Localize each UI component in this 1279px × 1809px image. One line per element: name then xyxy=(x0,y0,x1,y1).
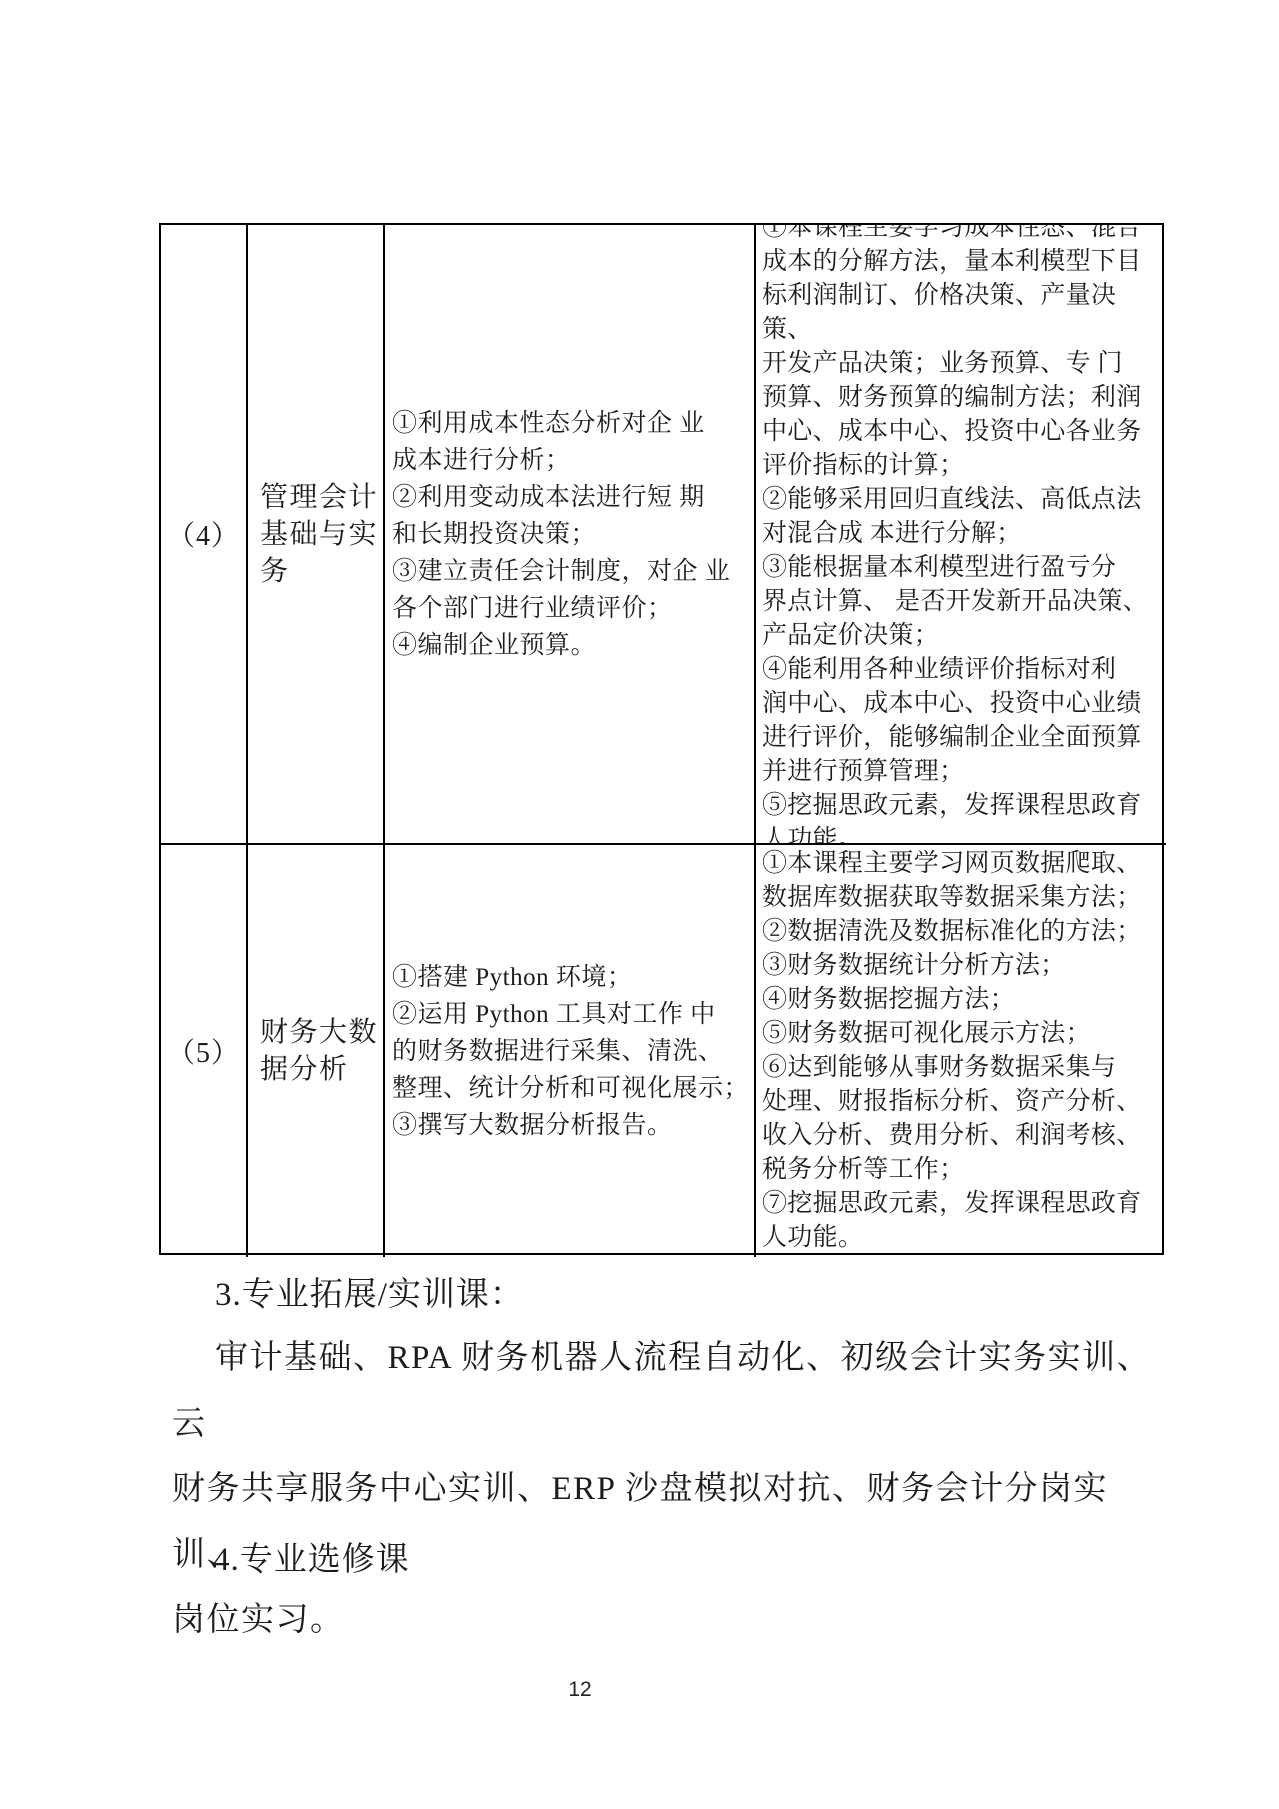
row5-description-text: ①本课程主要学习网页数据爬取、 数据库数据获取等数据采集方法； ②数据清洗及数据… xyxy=(762,847,1142,1255)
cell-row4-objectives: ①利用成本性态分析对企 业 成本进行分析； ②利用变动成本法进行短 期 和长期投… xyxy=(385,225,756,845)
row5-objectives-text: ①搭建 Python 环境； ②运用 Python 工具对工作 中 的财务数据进… xyxy=(392,959,749,1144)
section-3-paragraph: 审计基础、RPA 财务机器人流程自动化、初级会计实务实训、云 财务共享服务中心实… xyxy=(172,1326,1167,1654)
cell-row5-course-name: 财务大数 据分析 xyxy=(248,845,385,1257)
cell-row4-number: （4） xyxy=(161,225,248,845)
row4-objectives-text: ①利用成本性态分析对企 业 成本进行分析； ②利用变动成本法进行短 期 和长期投… xyxy=(392,405,730,664)
cell-row5-number: （5） xyxy=(161,845,248,1257)
page-number: 12 xyxy=(558,1678,602,1702)
section-heading-3: 3.专业拓展/实训课： xyxy=(215,1275,524,1315)
row5-number-text: （5） xyxy=(167,1031,240,1071)
cell-row5-description: ①本课程主要学习网页数据爬取、 数据库数据获取等数据采集方法； ②数据清洗及数据… xyxy=(756,845,1166,1257)
cell-row5-objectives: ①搭建 Python 环境； ②运用 Python 工具对工作 中 的财务数据进… xyxy=(385,845,756,1257)
cell-row4-description: ①本课程主要学习成本性态、混合 成本的分解方法，量本利模型下目 标利润制订、价格… xyxy=(756,225,1166,845)
cell-row4-course-name: 管理会计 基础与实 务 xyxy=(248,225,385,845)
row4-description-text: ①本课程主要学习成本性态、混合 成本的分解方法，量本利模型下目 标利润制订、价格… xyxy=(762,225,1163,845)
course-table: （4） 管理会计 基础与实 务 ①利用成本性态分析对企 业 成本进行分析； ②利… xyxy=(159,223,1164,1255)
row4-course-name-text: 管理会计 基础与实 务 xyxy=(260,479,378,590)
row4-number-text: （4） xyxy=(167,514,240,554)
row5-course-name-text: 财务大数 据分析 xyxy=(260,1014,378,1088)
document-page: （4） 管理会计 基础与实 务 ①利用成本性态分析对企 业 成本进行分析； ②利… xyxy=(0,0,1279,1809)
section-heading-4: 4.专业选修课 xyxy=(213,1540,410,1580)
